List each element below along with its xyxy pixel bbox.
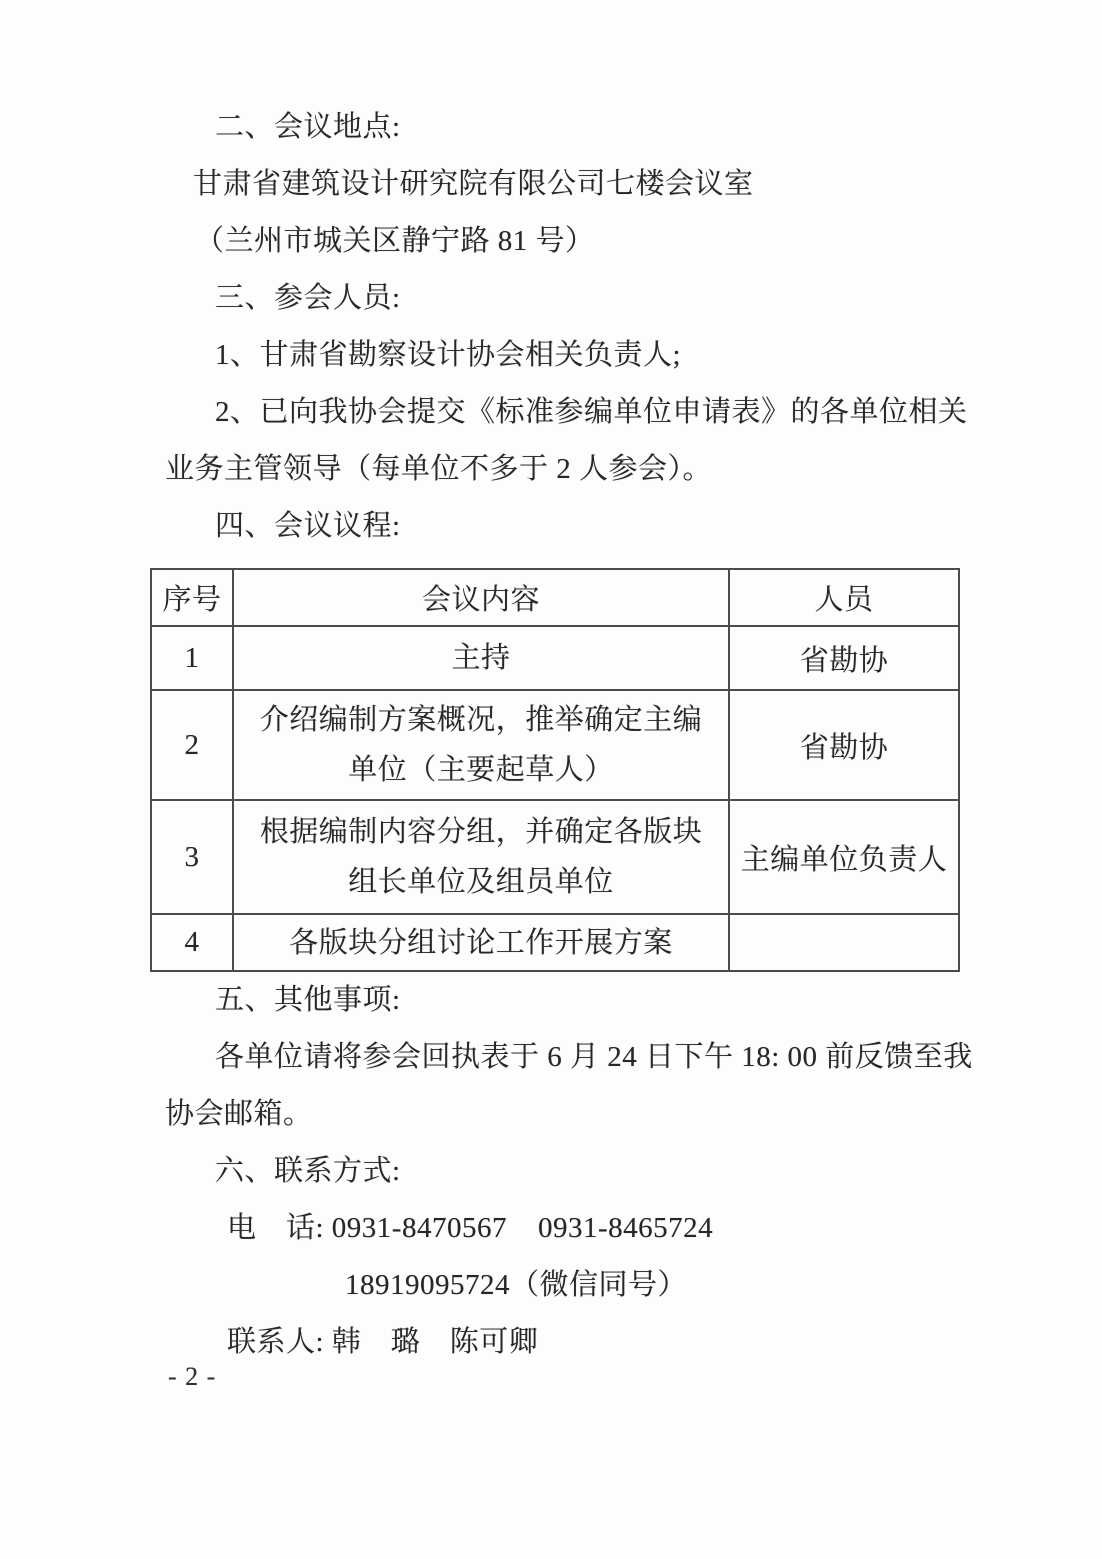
attendee-item-2-line-2: 业务主管领导（每单位不多于 2 人参会）。	[165, 441, 1012, 498]
page-number: - 2 -	[168, 1362, 216, 1392]
address-line: （兰州市城关区静宁路 81 号）	[165, 213, 1012, 270]
agenda-content-line: 主持	[234, 633, 728, 683]
agenda-cell-content: 介绍编制方案概况，推举确定主编 单位（主要起草人）	[233, 690, 729, 800]
agenda-col-header-personnel: 人员	[729, 569, 959, 626]
attendee-item-2-line-1: 2、已向我协会提交《标准参编单位申请表》的各单位相关	[165, 384, 1012, 441]
document-page: 二、会议地点: 甘肃省建筑设计研究院有限公司七楼会议室 （兰州市城关区静宁路 8…	[0, 0, 1102, 1559]
agenda-col-header-content: 会议内容	[233, 569, 729, 626]
section-2-heading: 二、会议地点:	[165, 99, 1012, 156]
agenda-cell-no: 2	[151, 690, 233, 800]
section-5-heading: 五、其他事项:	[165, 972, 1012, 1029]
venue-line: 甘肃省建筑设计研究院有限公司七楼会议室	[165, 156, 1012, 213]
other-items-line-1: 各单位请将参会回执表于 6 月 24 日下午 18: 00 前反馈至我	[165, 1029, 1012, 1086]
agenda-content-line: 介绍编制方案概况，推举确定主编	[234, 695, 728, 745]
contact-persons-line: 联系人: 韩 璐 陈可卿	[165, 1314, 1012, 1371]
agenda-row: 4 各版块分组讨论工作开展方案	[151, 914, 959, 971]
section-4-heading: 四、会议议程:	[165, 498, 1012, 555]
agenda-cell-personnel: 主编单位负责人	[729, 800, 959, 914]
document-content: 二、会议地点: 甘肃省建筑设计研究院有限公司七楼会议室 （兰州市城关区静宁路 8…	[165, 0, 1012, 1371]
section-6-heading: 六、联系方式:	[165, 1143, 1012, 1200]
agenda-content-line: 单位（主要起草人）	[234, 745, 728, 795]
phone-line-2: 18919095724（微信同号）	[165, 1257, 1012, 1314]
phone-line: 电 话: 0931-8470567 0931-8465724	[165, 1200, 1012, 1257]
agenda-cell-no: 4	[151, 914, 233, 971]
agenda-header-row: 序号 会议内容 人员	[151, 569, 959, 626]
agenda-content-line: 各版块分组讨论工作开展方案	[234, 918, 728, 968]
agenda-cell-no: 3	[151, 800, 233, 914]
agenda-content-line: 根据编制内容分组，并确定各版块	[234, 807, 728, 857]
agenda-cell-personnel: 省勘协	[729, 690, 959, 800]
agenda-cell-content: 根据编制内容分组，并确定各版块 组长单位及组员单位	[233, 800, 729, 914]
agenda-row: 1 主持 省勘协	[151, 626, 959, 690]
agenda-cell-personnel: 省勘协	[729, 626, 959, 690]
agenda-content-line: 组长单位及组员单位	[234, 857, 728, 907]
agenda-cell-no: 1	[151, 626, 233, 690]
agenda-cell-personnel	[729, 914, 959, 971]
agenda-table: 序号 会议内容 人员 1 主持 省勘协 2 介绍编制方案概况	[150, 568, 960, 972]
section-3-heading: 三、参会人员:	[165, 270, 1012, 327]
other-items-line-2: 协会邮箱。	[165, 1086, 1012, 1143]
agenda-row: 2 介绍编制方案概况，推举确定主编 单位（主要起草人） 省勘协	[151, 690, 959, 800]
agenda-col-header-no: 序号	[151, 569, 233, 626]
agenda-row: 3 根据编制内容分组，并确定各版块 组长单位及组员单位 主编单位负责人	[151, 800, 959, 914]
agenda-cell-content: 主持	[233, 626, 729, 690]
agenda-cell-content: 各版块分组讨论工作开展方案	[233, 914, 729, 971]
attendee-item-1: 1、甘肃省勘察设计协会相关负责人;	[165, 327, 1012, 384]
